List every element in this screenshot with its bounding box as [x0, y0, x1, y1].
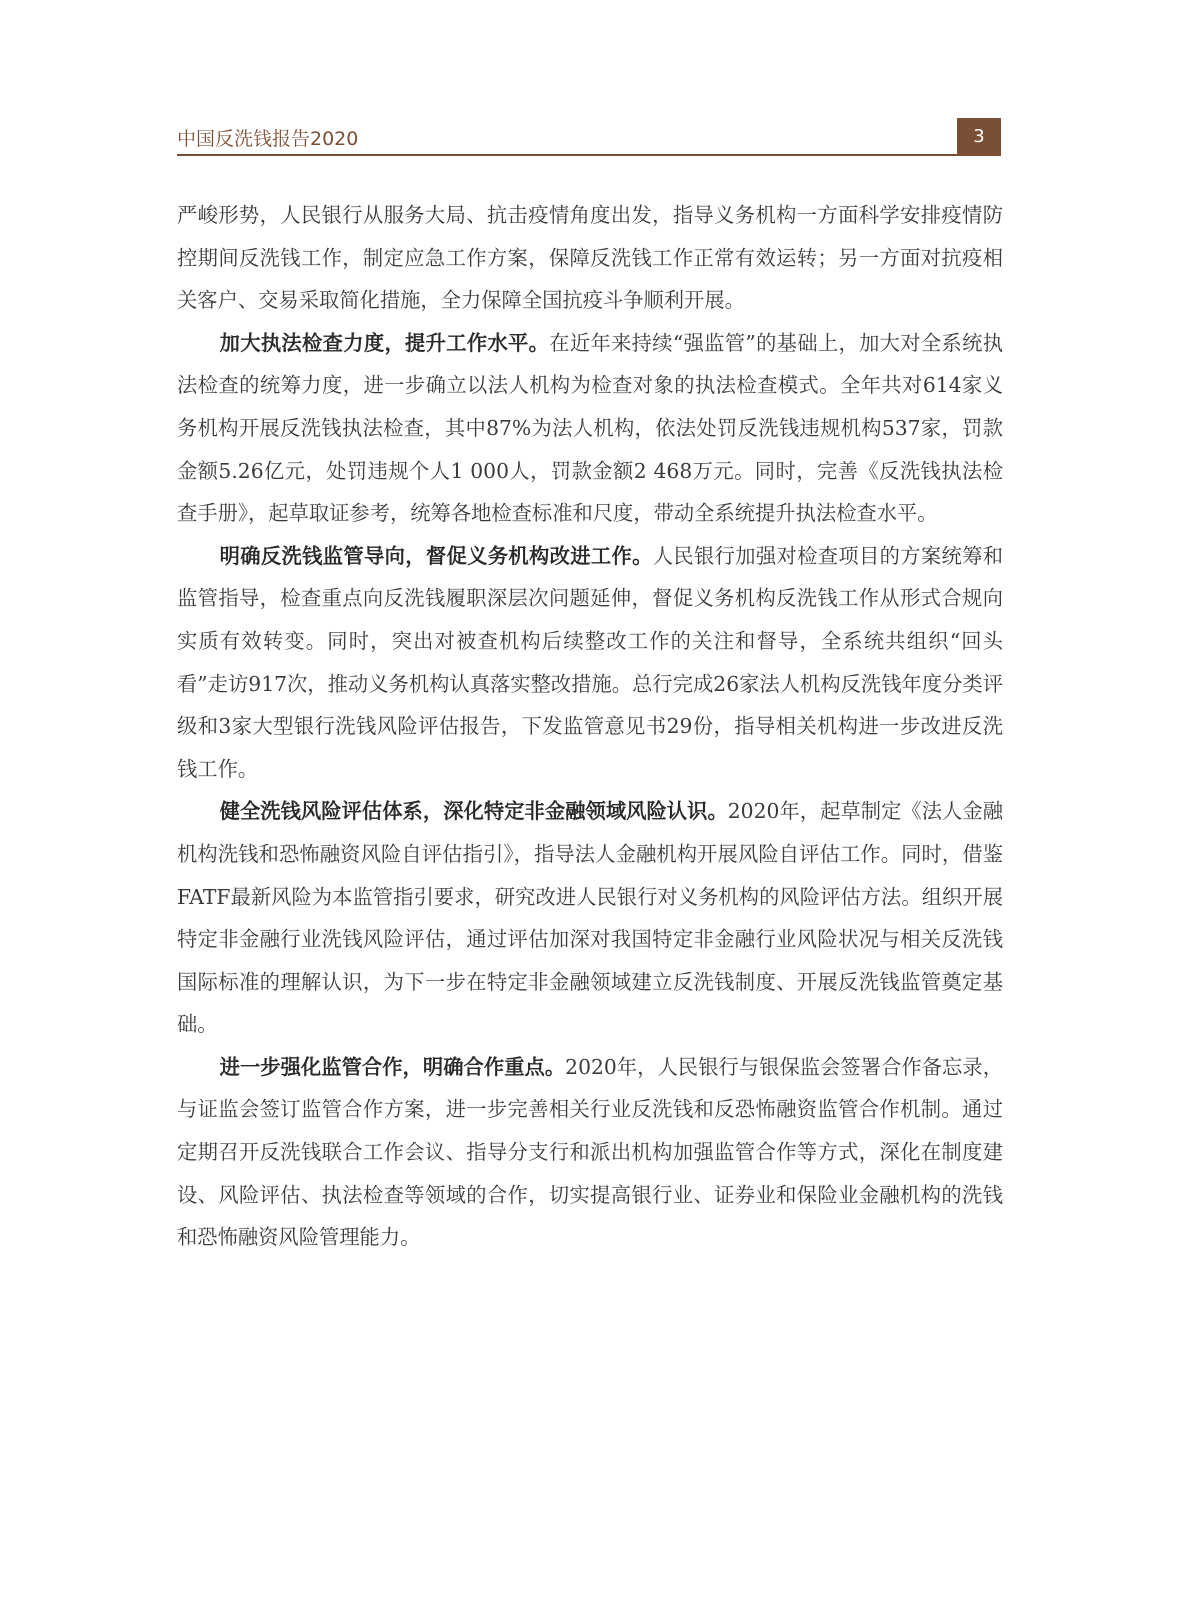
paragraph-lead: 进一步强化监管合作，明确合作重点。 [220, 1055, 566, 1079]
body-text: 严峻形势，人民银行从服务大局、抗击疫情角度出发，指导义务机构一方面科学安排疫情防… [177, 194, 1003, 1259]
paragraph-enforcement: 加大执法检查力度，提升工作水平。在近年来持续“强监管”的基础上，加大对全系统执法… [177, 322, 1003, 535]
header-divider [177, 154, 1001, 156]
paragraph-text: 2020年，起草制定《法人金融机构洗钱和恐怖融资风险自评估指引》，指导法人金融机… [177, 799, 1003, 1036]
paragraph-text: 严峻形势，人民银行从服务大局、抗击疫情角度出发，指导义务机构一方面科学安排疫情防… [177, 203, 1003, 312]
paragraph-lead: 明确反洗钱监管导向，督促义务机构改进工作。 [220, 544, 653, 568]
paragraph-text: 在近年来持续“强监管”的基础上，加大对全系统执法检查的统筹力度，进一步确立以法人… [177, 331, 1003, 525]
paragraph-lead: 加大执法检查力度，提升工作水平。 [220, 331, 550, 355]
running-header: 中国反洗钱报告2020 3 [177, 118, 1001, 155]
report-title: 中国反洗钱报告2020 [177, 124, 358, 151]
page-number: 3 [957, 118, 1001, 155]
paragraph-risk-assessment: 健全洗钱风险评估体系，深化特定非金融领域风险认识。2020年，起草制定《法人金融… [177, 790, 1003, 1046]
paragraph-lead: 健全洗钱风险评估体系，深化特定非金融领域风险认识。 [220, 799, 728, 823]
paragraph-continuation: 严峻形势，人民银行从服务大局、抗击疫情角度出发，指导义务机构一方面科学安排疫情防… [177, 194, 1003, 322]
paragraph-cooperation: 进一步强化监管合作，明确合作重点。2020年，人民银行与银保监会签署合作备忘录，… [177, 1046, 1003, 1259]
paragraph-text: 2020年，人民银行与银保监会签署合作备忘录，与证监会签订监管合作方案，进一步完… [177, 1055, 1003, 1249]
paragraph-supervision-guidance: 明确反洗钱监管导向，督促义务机构改进工作。人民银行加强对检查项目的方案统筹和监管… [177, 535, 1003, 791]
paragraph-text: 人民银行加强对检查项目的方案统筹和监管指导，检查重点向反洗钱履职深层次问题延伸，… [177, 544, 1003, 781]
